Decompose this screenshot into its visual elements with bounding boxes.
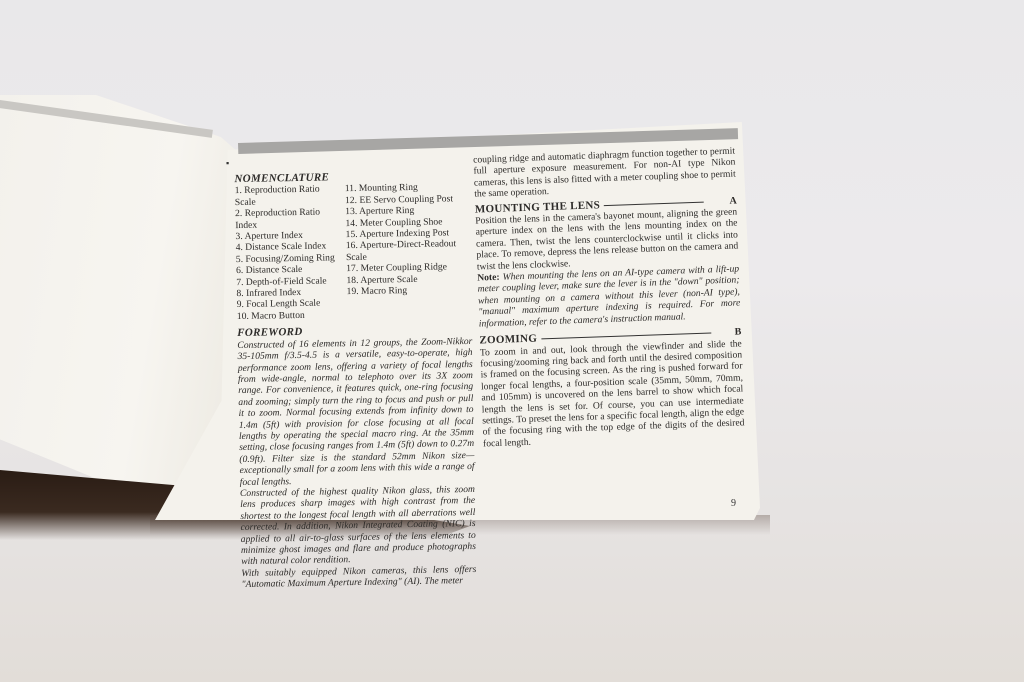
list-item: 2. Reproduction Ratio Index: [235, 207, 338, 232]
zooming-body: To zoom in and out, look through the vie…: [480, 338, 745, 450]
list-item: 1. Reproduction Ratio Scale: [235, 184, 338, 209]
zooming-title: ZOOMING: [479, 333, 537, 347]
list-item: 19. Macro Ring: [347, 284, 472, 298]
foreword-paragraph-3: With suitably equipped Nikon cameras, th…: [241, 564, 476, 591]
nomenclature-list: 1. Reproduction Ratio Scale 2. Reproduct…: [235, 181, 472, 322]
list-item: 7. Depth-of-Field Scale: [236, 275, 338, 288]
mounting-note: Note: When mounting the lens on an AI-ty…: [477, 264, 741, 330]
nomenclature-right: 11. Mounting Ring 12. EE Servo Coupling …: [345, 181, 472, 320]
heading-rule: [604, 202, 704, 206]
continued-text: coupling ridge and automatic diaphragm f…: [473, 146, 736, 201]
foreword-paragraph-1: Constructed of 16 elements in 12 groups,…: [237, 336, 475, 488]
nomenclature-left: 1. Reproduction Ratio Scale 2. Reproduct…: [235, 184, 340, 323]
page-mark: ▪: [226, 158, 229, 168]
mounting-body: Position the lens in the camera's bayone…: [475, 207, 739, 273]
right-column: coupling ridge and automatic diaphragm f…: [473, 146, 745, 450]
foreword-paragraph-2: Constructed of the highest quality Nikon…: [240, 484, 476, 568]
heading-rule: [541, 333, 711, 340]
left-column: NOMENCLATURE 1. Reproduction Ratio Scale…: [234, 170, 476, 591]
list-item: 16. Aperture-Direct-Readout Scale: [346, 238, 471, 263]
note-text: When mounting the lens on an AI-type cam…: [477, 264, 740, 330]
list-item: 10. Macro Button: [237, 309, 339, 322]
section-letter-b: B: [734, 327, 741, 339]
list-item: 5. Focusing/Zoming Ring: [236, 252, 338, 265]
note-label: Note:: [477, 272, 500, 284]
section-letter-a: A: [729, 195, 737, 207]
page-number: 9: [731, 498, 736, 509]
